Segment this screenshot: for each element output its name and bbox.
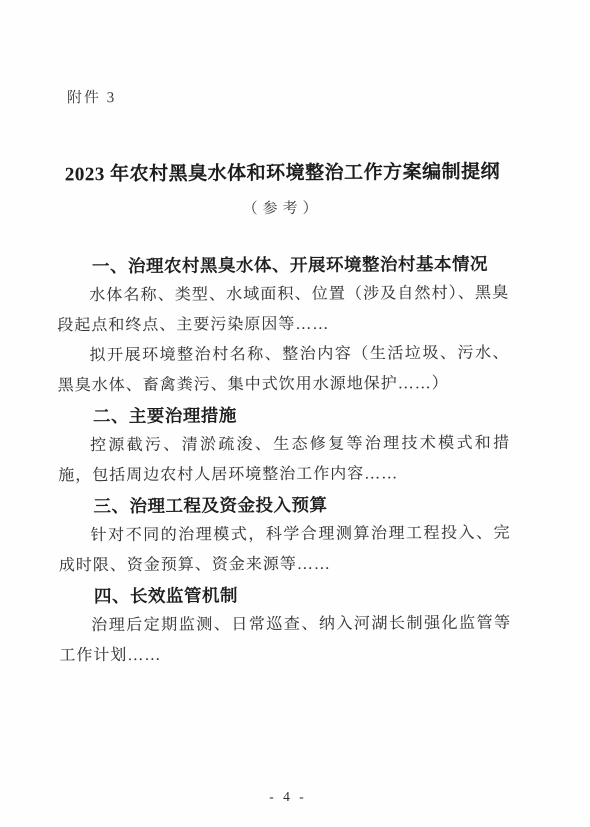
section-main-measures: 二、主要治理措施 控源截污、清淤疏浚、生态修复等治理技术模式和措施，包括周边农村… (58, 399, 511, 492)
paragraph: 治理后定期监测、日常巡查、纳入河湖长制强化监管等工作计划…… (59, 609, 511, 672)
attachment-label: 附件 3 (56, 87, 508, 108)
document-title: 2023 年农村黑臭水体和环境整治工作方案编制提纲 (56, 159, 508, 190)
paragraph: 控源截污、清淤疏浚、生态修复等治理技术模式和措施，包括周边农村人居环境整治工作内… (58, 429, 510, 492)
paragraph: 水体名称、类型、水域面积、位置（涉及自然村）、黑臭段起点和终点、主要污染原因等…… (57, 279, 509, 342)
paragraph: 针对不同的治理模式，科学合理测算治理工程投入、完成时限、资金预算、资金来源等…… (59, 519, 511, 582)
page-content: 附件 3 2023 年农村黑臭水体和环境整治工作方案编制提纲 （参考） 一、治理… (55, 0, 511, 671)
document-subtitle: （参考） (57, 197, 509, 222)
section-heading: 一、治理农村黑臭水体、开展环境整治村基本情况 (57, 249, 509, 282)
document-body: 一、治理农村黑臭水体、开展环境整治村基本情况 水体名称、类型、水域面积、位置（涉… (57, 249, 512, 672)
section-basic-situation: 一、治理农村黑臭水体、开展环境整治村基本情况 水体名称、类型、水域面积、位置（涉… (57, 249, 510, 402)
section-heading: 三、治理工程及资金投入预算 (58, 489, 510, 522)
section-supervision: 四、长效监管机制 治理后定期监测、日常巡查、纳入河湖长制强化监管等工作计划…… (59, 579, 512, 672)
section-budget: 三、治理工程及资金投入预算 针对不同的治理模式，科学合理测算治理工程投入、完成时… (58, 489, 511, 582)
page-number: - 4 - (0, 789, 576, 805)
section-heading: 二、主要治理措施 (58, 399, 510, 432)
document-page: 附件 3 2023 年农村黑臭水体和环境整治工作方案编制提纲 （参考） 一、治理… (0, 0, 590, 827)
paragraph: 拟开展环境整治村名称、整治内容（生活垃圾、污水、黑臭水体、畜禽粪污、集中式饮用水… (57, 339, 509, 402)
section-heading: 四、长效监管机制 (59, 579, 511, 612)
